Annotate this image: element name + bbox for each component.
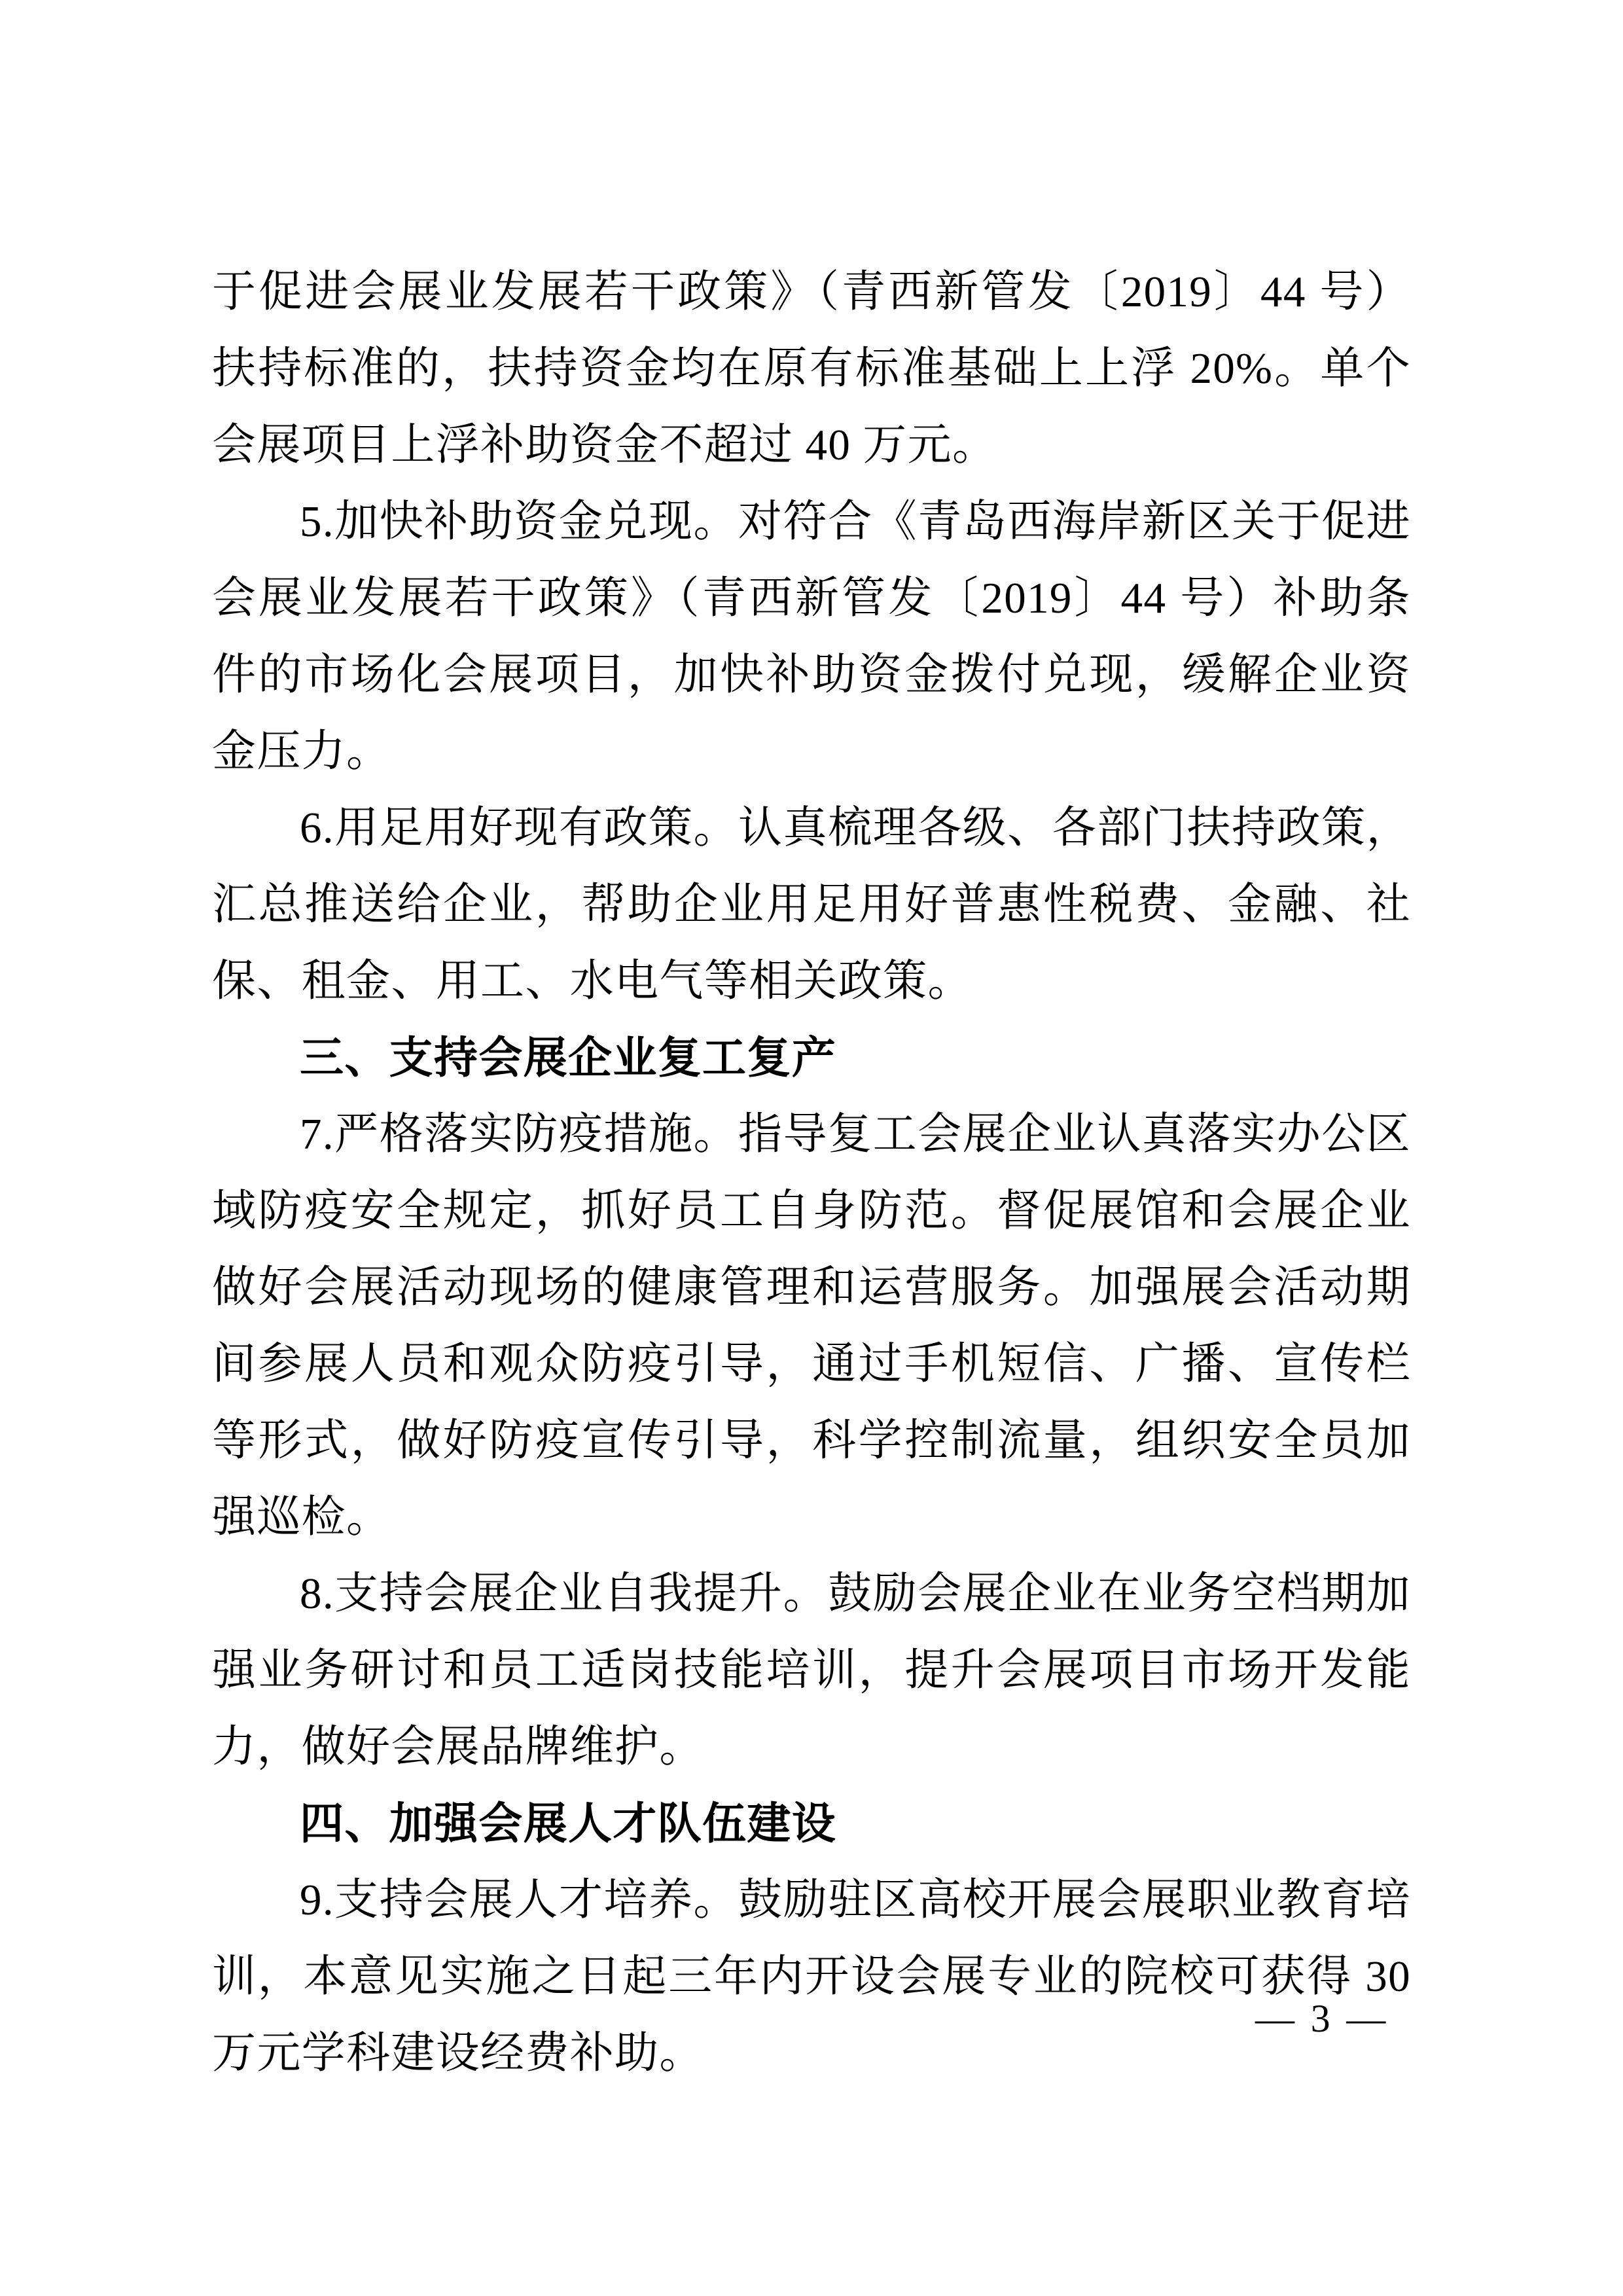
page-number: — 3 — [1230, 1992, 1414, 2045]
paragraph-item-6: 6.用足用好现有政策。认真梳理各级、各部门扶持政策，汇总推送给企业，帮助企业用足… [212, 790, 1411, 1020]
document-page: 于促进会展业发展若干政策》（青西新管发〔2019〕44 号）扶持标准的，扶持资金… [0, 0, 1623, 2296]
paragraph-continuation: 于促进会展业发展若干政策》（青西新管发〔2019〕44 号）扶持标准的，扶持资金… [212, 254, 1411, 484]
paragraph-item-9: 9.支持会展人才培养。鼓励驻区高校开展会展职业教育培训，本意见实施之日起三年内开… [212, 1862, 1411, 2092]
section-heading-3: 三、支持会展企业复工复产 [212, 1020, 1411, 1096]
section-heading-4: 四、加强会展人才队伍建设 [212, 1785, 1411, 1862]
document-body: 于促进会展业发展若干政策》（青西新管发〔2019〕44 号）扶持标准的，扶持资金… [212, 254, 1411, 2092]
paragraph-item-5: 5.加快补助资金兑现。对符合《青岛西海岸新区关于促进会展业发展若干政策》（青西新… [212, 484, 1411, 790]
paragraph-item-7: 7.严格落实防疫措施。指导复工会展企业认真落实办公区域防疫安全规定，抓好员工自身… [212, 1096, 1411, 1556]
paragraph-item-8: 8.支持会展企业自我提升。鼓励会展企业在业务空档期加强业务研讨和员工适岗技能培训… [212, 1556, 1411, 1785]
